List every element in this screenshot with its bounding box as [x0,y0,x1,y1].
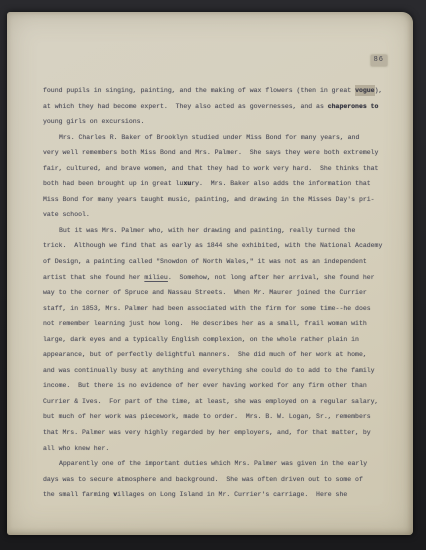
text-line: not remember learning just how long. He … [43,316,391,332]
text-line: very well remembers both Miss Bond and M… [43,145,391,161]
text-segment: the small farming [43,491,113,498]
text-segment: young girls on excursions. [43,118,144,125]
text-segment: of Design, a painting called "Snowdon of… [43,258,367,265]
text-segment: all who knew her. [43,445,109,452]
text-segment: ry. Mrs. Baker also adds the information… [191,180,370,187]
text-line: vate school. [43,207,391,223]
text-segment: staff, in 1853, Mrs. Palmer had been ass… [43,305,371,312]
text-segment: vogue [355,87,375,94]
text-segment: Miss Bond for many years taught music, p… [43,196,375,203]
text-segment: Currier & Ives. For part of the time, at… [43,398,378,405]
text-line: Miss Bond for many years taught music, p… [43,192,391,208]
text-line: of Design, a painting called "Snowdon of… [43,254,391,270]
text-segment: . Somehow, not long after her arrival, s… [168,274,375,281]
text-segment: ), [375,87,383,94]
text-line: both had been brought up in great luxury… [43,176,391,192]
text-segment: and was continually busy at anything and… [43,367,375,374]
text-line: fair, cultured, and brave women, and tha… [43,161,391,177]
text-line: young girls on excursions. [43,114,391,130]
text-line: Currier & Ives. For part of the time, at… [43,394,391,410]
text-line: found pupils in singing, painting, and t… [43,83,391,99]
text-segment: But it was Mrs. Palmer who, with her dra… [59,227,355,234]
text-line: But it was Mrs. Palmer who, with her dra… [43,223,391,239]
text-line: staff, in 1853, Mrs. Palmer had been ass… [43,301,391,317]
text-segment: days was to secure atmosphere and backgr… [43,476,363,483]
text-segment: vate school. [43,211,90,218]
text-segment: both had been brought up in great lu [43,180,183,187]
text-line: Apparently one of the important duties w… [43,456,391,472]
text-segment: appearance, but of perfectly delightful … [43,351,367,358]
photo-background: 86 found pupils in singing, painting, an… [0,0,426,550]
text-segment: not remember learning just how long. He … [43,320,367,327]
text-segment: milieu [144,274,167,281]
text-segment: found pupils in singing, painting, and t… [43,87,355,94]
text-line: days was to secure atmosphere and backgr… [43,472,391,488]
text-line: artist that she found her milieu. Someho… [43,270,391,286]
text-line: the small farming villages on Long Islan… [43,487,391,503]
text-segment: Mrs. Charles R. Baker of Brooklyn studie… [59,134,359,141]
text-segment: Apparently one of the important duties w… [59,460,367,467]
text-segment: way to the corner of Spruce and Nassau S… [43,289,367,296]
text-segment: chaperones to [328,103,379,110]
text-line: and was continually busy at anything and… [43,363,391,379]
text-line: income. But there is no evidence of her … [43,378,391,394]
page-number: 86 [371,55,387,66]
text-line: but much of her work was piecework, made… [43,409,391,425]
document-body: found pupils in singing, painting, and t… [43,83,391,503]
text-line: at which they had become expert. They al… [43,99,391,115]
text-segment: that Mrs. Palmer was very highly regarde… [43,429,371,436]
text-segment: large, dark eyes and a typically English… [43,336,359,343]
text-segment: very well remembers both Miss Bond and M… [43,149,378,156]
text-line: all who knew her. [43,441,391,457]
text-segment: trick. Although we find that as early as… [43,242,382,249]
text-segment: at which they had become expert. They al… [43,103,328,110]
text-segment: fair, cultured, and brave women, and tha… [43,165,378,172]
text-line: that Mrs. Palmer was very highly regarde… [43,425,391,441]
text-line: Mrs. Charles R. Baker of Brooklyn studie… [43,130,391,146]
text-line: way to the corner of Spruce and Nassau S… [43,285,391,301]
text-line: trick. Although we find that as early as… [43,238,391,254]
text-line: appearance, but of perfectly delightful … [43,347,391,363]
text-segment: but much of her work was piecework, made… [43,413,371,420]
text-segment: illages on Long Island in Mr. Currier's … [117,491,347,498]
text-segment: income. But there is no evidence of her … [43,382,367,389]
text-segment: artist that she found her [43,274,144,281]
text-line: large, dark eyes and a typically English… [43,332,391,348]
typescript-page: 86 found pupils in singing, painting, an… [7,12,413,535]
